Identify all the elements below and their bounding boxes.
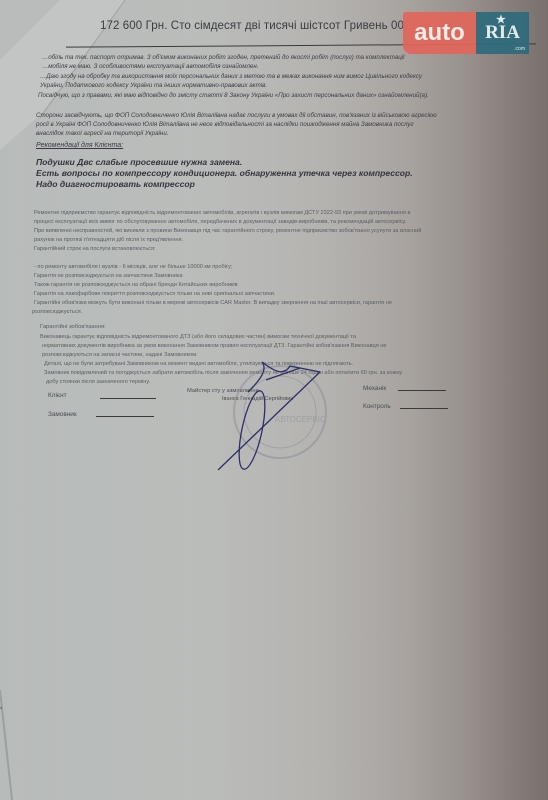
master-name: Іванов Геннадій Сергійович: [222, 396, 293, 402]
consent-line: України, Податкового кодексу України та …: [40, 81, 267, 91]
consent-line: …мобіля не маю. З особливостями експлуат…: [42, 62, 259, 72]
document-page: 172 600 Грн. Сто сімдесят дві тисячі шіс…: [0, 0, 548, 800]
obligations-line: добу стоянки після зазначеного терміну.: [46, 378, 150, 388]
autoria-watermark: auto ★ RIA .com: [403, 12, 541, 54]
consent-line: Посвідчую, що з правами, які маю відпові…: [38, 91, 429, 101]
warranty-line: Гарантійний строк на послуги встановлюєт…: [34, 245, 156, 255]
star-icon: ★: [496, 13, 506, 26]
recommendation-line: Подушки Двс слабые просевшие нужна замен…: [36, 157, 242, 167]
edge-mark: ‚: [0, 700, 2, 710]
watermark-auto: auto: [403, 12, 476, 54]
watermark-ria-sub: .com: [514, 46, 525, 52]
control-signature-line[interactable]: [400, 408, 448, 409]
client-signature-line[interactable]: [100, 398, 156, 399]
obligations-title: Гарантійні зобов'язання:: [40, 323, 106, 333]
warranty-term: Гарантійні обов'язки можуть бути виконан…: [34, 299, 392, 309]
customer-signature-line[interactable]: [96, 416, 154, 417]
control-label: Контроль: [363, 403, 391, 410]
mechanic-signature-line[interactable]: [398, 390, 446, 391]
recommendations-title: Рекомендації для Клієнта:: [36, 142, 123, 149]
round-stamp-icon: АВТОСЕРВІС: [234, 366, 326, 458]
force-majeure-line: внаслідок такої агресії на території Укр…: [36, 129, 169, 139]
svg-text:АВТОСЕРВІС: АВТОСЕРВІС: [275, 415, 326, 424]
customer-label: Замовник: [48, 411, 77, 418]
total-amount-line: 172 600 Грн. Сто сімдесят дві тисячі шіс…: [100, 20, 404, 32]
watermark-ria: ★ RIA .com: [476, 12, 529, 54]
recommendation-line: Есть вопросы по компрессору кондиционера…: [36, 168, 413, 178]
recommendation-line: Надо диагностировать компрессор: [36, 179, 195, 189]
master-label: Майстер сту у замовлення: [187, 388, 259, 394]
warranty-term: розповсюджується.: [32, 308, 82, 318]
client-label: Клієнт: [48, 392, 67, 399]
mechanic-label: Механік: [363, 385, 386, 392]
